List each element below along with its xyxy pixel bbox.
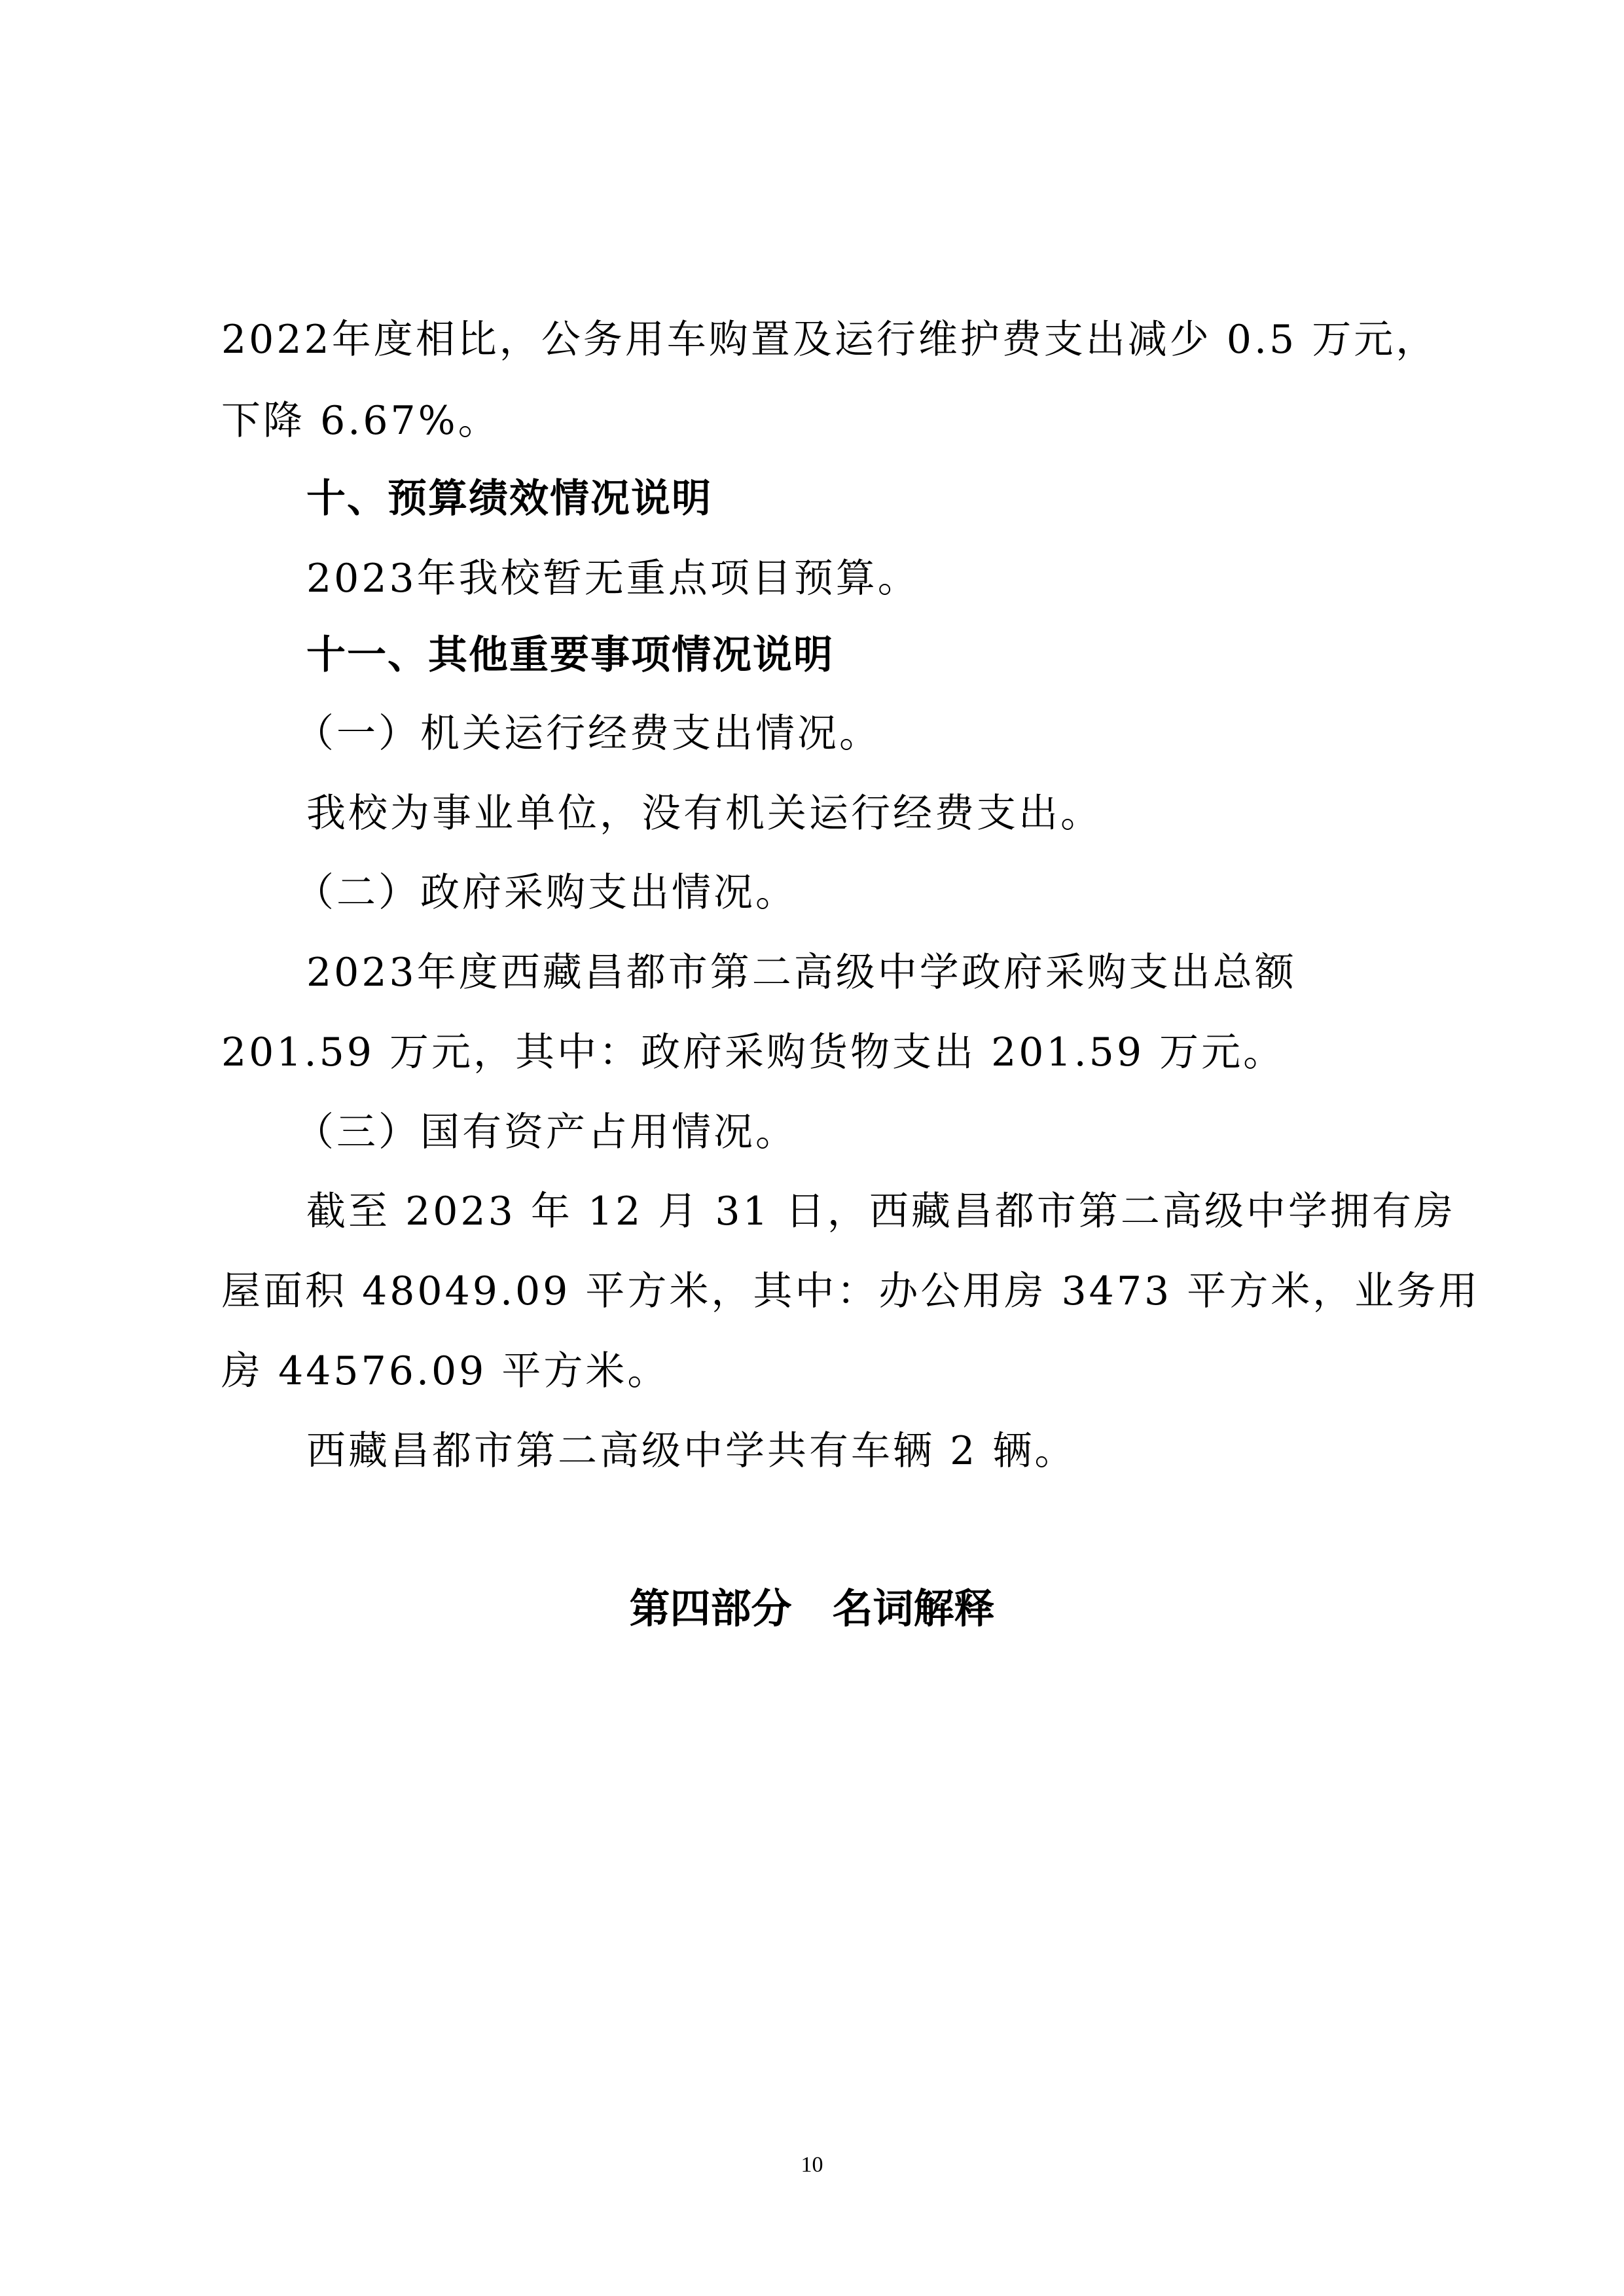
section-heading-other-matters: 十一、其他重要事项情况说明 <box>306 629 1517 681</box>
subheading-state-assets: （三）国有资产占用情况。 <box>295 1106 1506 1158</box>
document-page: 2022年度相比，公务用车购置及运行维护费支出减少 0.5 万元， 下降 6.6… <box>0 0 1624 2296</box>
paragraph-assets-line-3: 房 44576.09 平方米。 <box>221 1345 1432 1397</box>
subheading-government-procurement: （二）政府采购支出情况。 <box>295 867 1506 919</box>
section-heading-performance: 十、预算绩效情况说明 <box>306 473 1517 525</box>
paragraph-vehicle-expense-line-1: 2022年度相比，公务用车购置及运行维护费支出减少 0.5 万元， <box>221 314 1432 366</box>
paragraph-no-operating-expenses: 我校为事业单位，没有机关运行经费支出。 <box>306 787 1517 840</box>
page-number: 10 <box>0 2152 1624 2178</box>
paragraph-assets-line-2: 屋面积 48049.09 平方米，其中：办公用房 3473 平方米，业务用 <box>221 1265 1432 1318</box>
subheading-operating-expenses: （一）机关运行经费支出情况。 <box>295 708 1506 760</box>
paragraph-vehicle-expense-line-2: 下降 6.67%。 <box>221 395 1432 447</box>
paragraph-vehicle-count: 西藏昌都市第二高级中学共有车辆 2 辆。 <box>306 1425 1517 1477</box>
part-title-glossary: 第四部分 名词解释 <box>0 1583 1624 1635</box>
paragraph-procurement-line-1: 2023年度西藏昌都市第二高级中学政府采购支出总额 <box>306 946 1517 999</box>
paragraph-assets-line-1: 截至 2023 年 12 月 31 日，西藏昌都市第二高级中学拥有房 <box>306 1185 1517 1238</box>
paragraph-no-key-projects: 2023年我校暂无重点项目预算。 <box>306 552 1517 605</box>
paragraph-procurement-line-2: 201.59 万元，其中：政府采购货物支出 201.59 万元。 <box>221 1026 1432 1079</box>
